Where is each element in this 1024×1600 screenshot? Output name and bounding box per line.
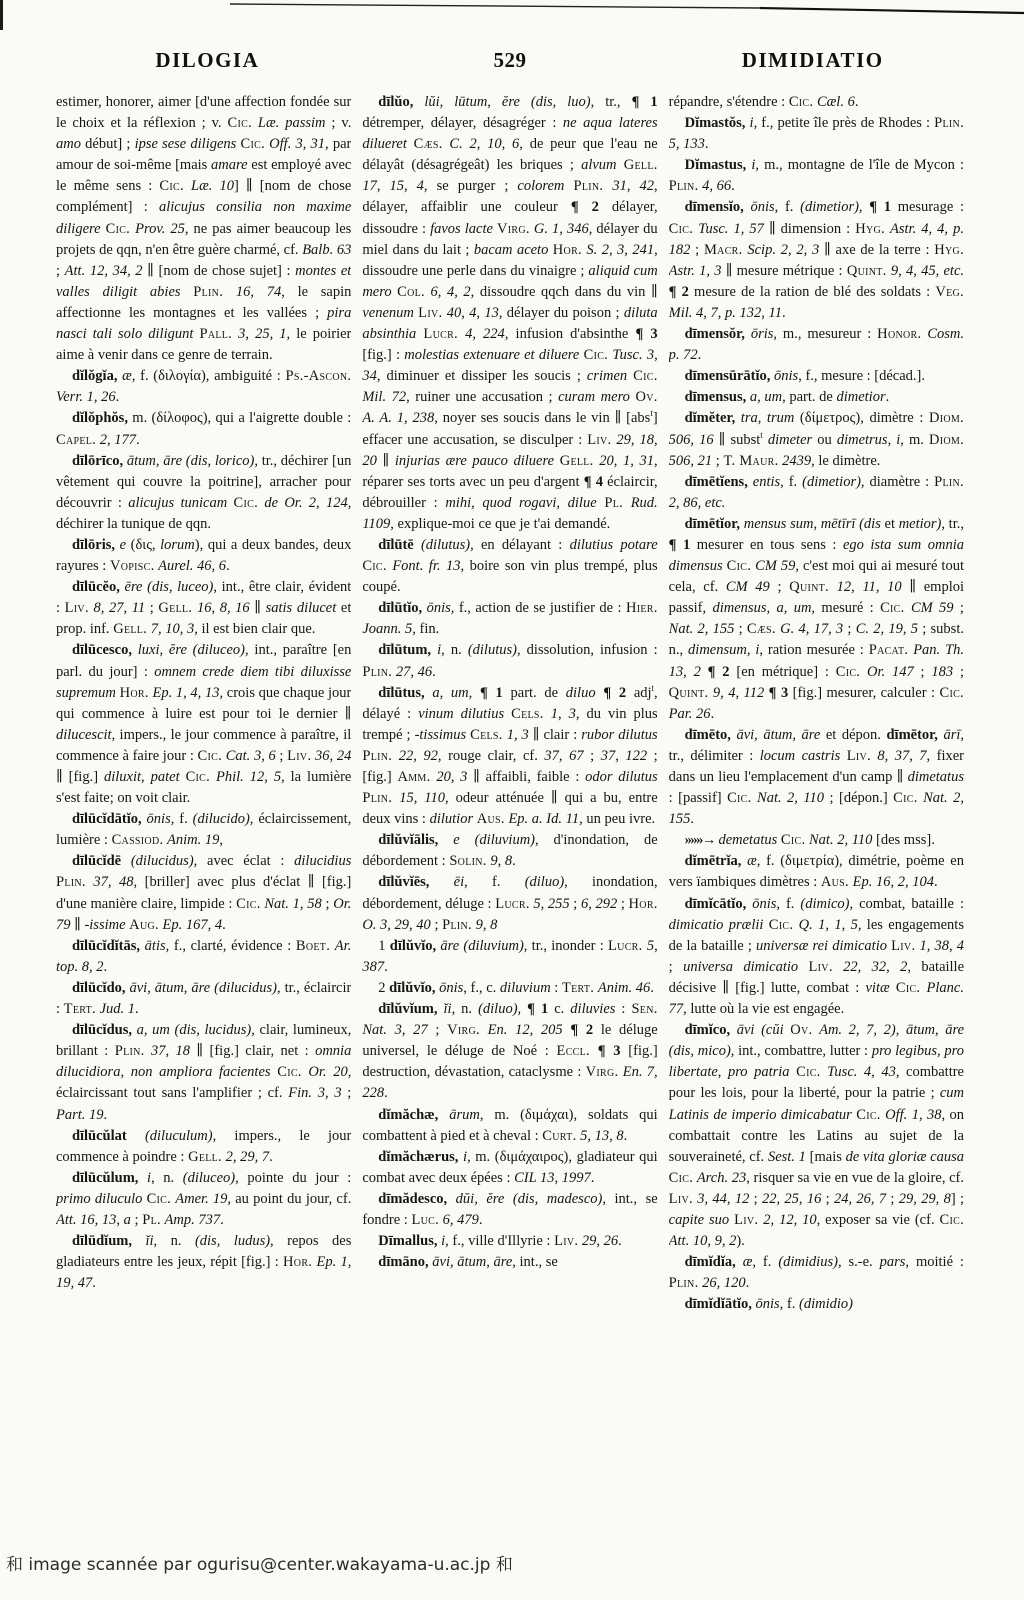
column-1: estimer, honorer, aimer [d'une affection… [56, 92, 351, 1544]
dictionary-entry: dīlūcĭdĭtās, ātis, f., clarté, évidence … [56, 936, 351, 978]
running-head: DILOGIA 529 DIMIDIATIO [56, 48, 964, 73]
entry-continuation: estimer, honorer, aimer [d'une affection… [56, 92, 351, 366]
dictionary-entry: dīlūcĭdē (dilucidus), avec éclat : diluc… [56, 851, 351, 935]
dictionary-entry: dīlūtē (dilutus), en délayant : dilutius… [362, 535, 657, 598]
dictionary-entry: dīmāno, āvi, ātum, āre, int., se [362, 1252, 657, 1273]
dictionary-entry: dīlūcĭdātĭo, ōnis, f. (dilucido), éclair… [56, 809, 351, 851]
dictionary-entry: Dĭmastŏs, i, f., petite île près de Rhod… [669, 113, 964, 155]
dictionary-entry: dīmensūrātĭo, ōnis, f., mesure : [décad.… [669, 366, 964, 387]
scan-credit: 和 image scannée par ogurisu@center.wakay… [6, 1555, 513, 1575]
column-3: répandre, s'étendre : Cic. Cæl. 6.Dĭmast… [669, 92, 964, 1544]
scan-edge-mark [0, 0, 2, 14]
dictionary-entry: dīlūtum, i, n. (dilutus), dissolution, i… [362, 640, 657, 682]
dictionary-entry: Dīmallus, i, f., ville d'Illyrie : Liv. … [362, 1231, 657, 1252]
dictionary-entry: 2 dīlŭvĭo, ōnis, f., c. diluvium : Tert.… [362, 978, 657, 999]
dictionary-entry: dīmĭdĭātĭo, ōnis, f. (dimidio) [669, 1294, 964, 1315]
dictionary-entry: dĭmētrĭa, æ, f. (διμετρία), dimétrie, po… [669, 851, 964, 893]
running-head-right: DIMIDIATIO [661, 48, 964, 73]
dictionary-entry: Dĭmastus, i, m., montagne de l'île de My… [669, 155, 964, 197]
dictionary-entry: dīlūcŭlum, i, n. (diluceo), pointe du jo… [56, 1168, 351, 1231]
running-head-left: DILOGIA [56, 48, 359, 73]
dictionary-entry: dĭlŏgĭa, æ, f. (διλογία), ambiguité : Ps… [56, 366, 351, 408]
scan-artifact-line [0, 0, 1024, 20]
dictionary-entry: dīmĭcātĭo, ōnis, f. (dimico), combat, ba… [669, 894, 964, 1021]
dictionary-entry: dīlūcŭlat (diluculum), impers., le jour … [56, 1126, 351, 1168]
dictionary-entry: dīmensĭo, ōnis, f. (dimetior), ¶ 1 mesur… [669, 197, 964, 324]
page-footer: 和 image scannée par ogurisu@center.wakay… [6, 1550, 1006, 1575]
dictionary-entry: dīmētĭens, entis, f. (dimetior), diamètr… [669, 472, 964, 514]
dictionary-entry: dīlūcĕo, ēre (dis, luceo), int., être cl… [56, 577, 351, 640]
dictionary-entry: dīlūcĭdo, āvi, ātum, āre (dilucidus), tr… [56, 978, 351, 1020]
dictionary-entry: dīlūtus, a, um, ¶ 1 part. de diluo ¶ 2 a… [362, 683, 657, 831]
dictionary-entry: dīmădesco, dŭi, ĕre (dis, madesco), int.… [362, 1189, 657, 1231]
dictionary-entry: dīmĭdĭa, æ, f. (dimidius), s.-e. pars, m… [669, 1252, 964, 1294]
entry-continuation: répandre, s'étendre : Cic. Cæl. 6. [669, 92, 964, 113]
text-columns: estimer, honorer, aimer [d'une affection… [56, 92, 964, 1544]
column-2: dīlŭo, lŭi, lūtum, ĕre (dis, luo), tr., … [362, 92, 657, 1544]
dictionary-entry: dĭmăchæ, ārum, m. (διμάχαι), soldats qui… [362, 1105, 657, 1147]
dictionary-entry: dīmensus, a, um, part. de dimetior. [669, 387, 964, 408]
dictionary-entry: »»»→ demetatus Cic. Nat. 2, 110 [des mss… [669, 830, 964, 851]
dictionary-entry: dīlōrīco, ātum, āre (dis, lorico), tr., … [56, 451, 351, 535]
dictionary-entry: dīmĭco, āvi (cŭi Ov. Am. 2, 7, 2), ātum,… [669, 1020, 964, 1252]
dictionary-entry: dīlŭvĭum, ĭi, n. (diluo), ¶ 1 c. diluvie… [362, 999, 657, 1104]
dictionary-entry: dīlūcĭdus, a, um (dis, lucidus), clair, … [56, 1020, 351, 1125]
dictionary-entry: dīlŭvĭālis, e (diluvium), d'inondation, … [362, 830, 657, 872]
dictionary-entry: dīlūtĭo, ōnis, f., action de se justifie… [362, 598, 657, 640]
dictionary-entry: dĭlŏphŏs, m. (δίλοφος), qui a l'aigrette… [56, 408, 351, 450]
page-number: 529 [359, 48, 662, 73]
dictionary-entry: dīmētĭor, mensus sum, mētīrī (dis et met… [669, 514, 964, 725]
dictionary-entry: dĭmăchærus, i, m. (διμάχαιρος), gladiate… [362, 1147, 657, 1189]
dictionary-page: DILOGIA 529 DIMIDIATIO estimer, honorer,… [0, 0, 1024, 1600]
dictionary-entry: dĭmĕter, tra, trum (δίμετρος), dimètre :… [669, 408, 964, 471]
dictionary-entry: 1 dīlŭvĭo, āre (diluvium), tr., inonder … [362, 936, 657, 978]
dictionary-entry: dīlŭo, lŭi, lūtum, ĕre (dis, luo), tr., … [362, 92, 657, 535]
dictionary-entry: dīmensŏr, ōris, m., mesureur : Honor. Co… [669, 324, 964, 366]
dictionary-entry: dīlōris, e (δις, lorum), qui a deux band… [56, 535, 351, 577]
dictionary-entry: dīmēto, āvi, ātum, āre et dépon. dīmētor… [669, 725, 964, 830]
dictionary-entry: dīlūdĭum, ĭi, n. (dis, ludus), repos des… [56, 1231, 351, 1294]
dictionary-entry: dīlūcesco, luxi, ĕre (diluceo), int., pa… [56, 640, 351, 809]
dictionary-entry: dīlŭvĭēs, ēi, f. (diluo), inondation, dé… [362, 872, 657, 935]
